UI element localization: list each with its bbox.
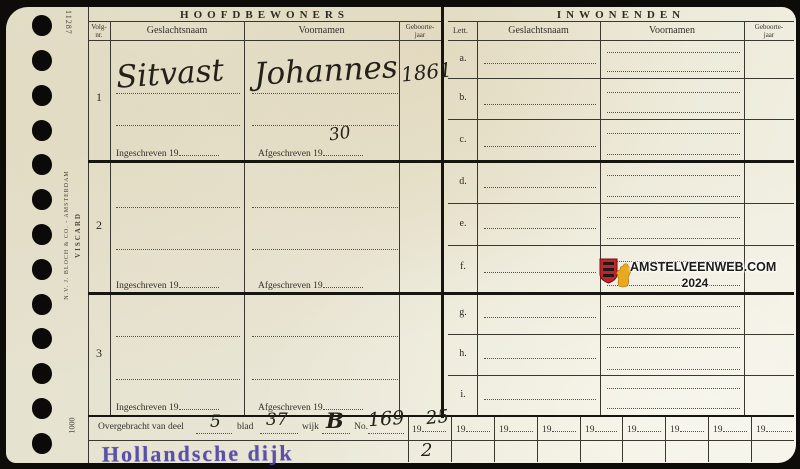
grid-line bbox=[448, 375, 794, 376]
dotted-leader bbox=[595, 422, 617, 432]
punch-hole bbox=[32, 120, 52, 141]
grid-line bbox=[494, 415, 495, 462]
ingeschreven-label: Ingeschreven 19 bbox=[116, 400, 219, 413]
card-brand-viscard: VISCARD bbox=[74, 150, 82, 320]
house-number-handwritten: 2 bbox=[421, 440, 432, 461]
grid-line bbox=[448, 119, 794, 120]
hoofdbewoners-title: HOOFDBEWONERS bbox=[88, 9, 441, 21]
row-number: 2 bbox=[88, 218, 110, 233]
dotted-writing-line bbox=[607, 175, 740, 176]
lett-row-label: i. bbox=[448, 389, 478, 400]
dotted-leader bbox=[323, 278, 363, 288]
dotted-leader bbox=[179, 400, 219, 410]
punch-hole bbox=[32, 328, 52, 349]
grid-line bbox=[448, 78, 794, 79]
dotted-writing-line bbox=[116, 379, 240, 380]
amstelveen-coat-of-arms bbox=[599, 258, 633, 291]
dotted-writing-line bbox=[484, 358, 596, 359]
dotted-writing-line bbox=[116, 207, 240, 208]
grid-line bbox=[88, 40, 441, 41]
dotted-leader bbox=[323, 146, 363, 156]
dotted-writing-line bbox=[484, 317, 596, 318]
year-cell: 19 bbox=[713, 422, 747, 435]
grid-line bbox=[110, 21, 111, 415]
dotted-writing-line bbox=[607, 217, 740, 218]
watermark-year-text: 2024 bbox=[630, 276, 760, 290]
year-cell-text: 19 bbox=[670, 425, 680, 435]
dotted-writing-line bbox=[607, 408, 740, 409]
column-header-voornamen: Voornamen bbox=[244, 25, 399, 36]
grid-line bbox=[537, 415, 538, 462]
dotted-writing-line bbox=[116, 336, 240, 337]
surname-handwritten: Sitvast bbox=[115, 52, 225, 95]
year-cell: 19 bbox=[585, 422, 617, 435]
column-header-geboortejaar: Geboorte- jaar bbox=[399, 23, 441, 39]
grid-line bbox=[622, 415, 623, 462]
grid-line bbox=[448, 40, 794, 41]
dotted-writing-line bbox=[484, 187, 596, 188]
dotted-writing-line bbox=[484, 63, 596, 64]
punch-hole bbox=[32, 398, 52, 419]
column-header-geboortejaar-line1: Geboorte- bbox=[744, 23, 794, 31]
dotted-leader bbox=[179, 146, 219, 156]
watermark-site-text: AMSTELVEENWEB.COM bbox=[630, 260, 776, 274]
dotted-writing-line bbox=[607, 52, 740, 53]
dotted-writing-line bbox=[252, 93, 398, 94]
year-cell-text: 19 bbox=[713, 425, 723, 435]
section-divider-line bbox=[88, 292, 794, 295]
column-header-geslachtsnaam: Geslachtsnaam bbox=[110, 25, 244, 36]
column-header-geboortejaar: Geboorte- jaar bbox=[744, 23, 794, 39]
column-header-volgnr-line1: Volg- bbox=[88, 23, 110, 31]
dotted-writing-line bbox=[607, 71, 740, 72]
card-serial-top: 11287 bbox=[64, 10, 73, 35]
dotted-writing-line bbox=[484, 104, 596, 105]
grid-line bbox=[708, 415, 709, 462]
year-cell: 19 bbox=[756, 422, 792, 435]
punch-hole bbox=[32, 433, 52, 454]
dotted-leader bbox=[368, 433, 404, 434]
grid-line bbox=[88, 21, 441, 22]
dotted-writing-line bbox=[607, 196, 740, 197]
year-cell-text: 19 bbox=[542, 425, 552, 435]
dotted-writing-line bbox=[607, 369, 740, 370]
year-value-handwritten: 25 bbox=[425, 406, 450, 429]
inwonenden-title: INWONENDEN bbox=[448, 9, 794, 21]
column-header-geslachtsnaam: Geslachtsnaam bbox=[477, 25, 600, 36]
column-header-lett: Lett. bbox=[444, 26, 477, 35]
lett-row-label: b. bbox=[448, 92, 478, 103]
dotted-writing-line bbox=[607, 328, 740, 329]
lett-row-label: d. bbox=[448, 176, 478, 187]
dotted-leader bbox=[509, 422, 533, 432]
dotted-writing-line bbox=[484, 399, 596, 400]
dotted-leader bbox=[680, 422, 704, 432]
grid-line bbox=[600, 21, 601, 415]
punch-hole bbox=[32, 189, 52, 210]
grid-line bbox=[665, 415, 666, 462]
card-printer-imprint: N.V. J. BLOCH & CO. - AMSTERDAM bbox=[64, 150, 70, 320]
section-divider-line bbox=[88, 160, 794, 163]
lett-row-label: h. bbox=[448, 348, 478, 359]
grid-line bbox=[448, 21, 794, 22]
punch-hole bbox=[32, 85, 52, 106]
lett-row-label: e. bbox=[448, 218, 478, 229]
column-header-geboortejaar-line2: jaar bbox=[399, 31, 441, 39]
dotted-leader bbox=[260, 433, 298, 434]
dotted-writing-line bbox=[252, 207, 398, 208]
ingeschreven-text: Ingeschreven 19 bbox=[116, 149, 179, 159]
dotted-writing-line bbox=[252, 125, 398, 126]
punch-hole bbox=[32, 154, 52, 175]
dotted-writing-line bbox=[484, 228, 596, 229]
ingeschreven-text: Ingeschreven 19 bbox=[116, 281, 179, 291]
deel-value-handwritten: 5 bbox=[210, 412, 221, 432]
grid-line bbox=[448, 334, 794, 335]
grid-line bbox=[88, 7, 89, 463]
dotted-writing-line bbox=[607, 306, 740, 307]
dotted-writing-line bbox=[607, 388, 740, 389]
punch-hole bbox=[32, 363, 52, 384]
dotted-leader bbox=[637, 422, 661, 432]
blad-label: blad bbox=[237, 422, 253, 432]
dotted-writing-line bbox=[252, 336, 398, 337]
punch-hole bbox=[32, 224, 52, 245]
afgeschreven-year-handwritten: 30 bbox=[328, 123, 352, 146]
ingeschreven-label: Ingeschreven 19 bbox=[116, 146, 219, 159]
year-prefix-text: 19 bbox=[412, 425, 422, 435]
dotted-leader bbox=[322, 433, 350, 434]
grid-line bbox=[408, 415, 409, 462]
year-cell-text: 19 bbox=[756, 425, 766, 435]
grid-line bbox=[451, 415, 452, 462]
column-header-geboortejaar-line1: Geboorte- bbox=[399, 23, 441, 31]
year-cell-text: 19 bbox=[585, 425, 595, 435]
wijk-value-handwritten: B bbox=[326, 408, 344, 433]
dotted-writing-line bbox=[607, 92, 740, 93]
row-number: 1 bbox=[88, 90, 110, 105]
column-header-geboortejaar-line2: jaar bbox=[744, 31, 794, 39]
dotted-writing-line bbox=[607, 154, 740, 155]
address-stamp: Hollandsche dijk bbox=[102, 440, 294, 467]
wijk-label: wijk bbox=[302, 422, 319, 432]
no-label: No. bbox=[354, 422, 368, 432]
dotted-writing-line bbox=[607, 238, 740, 239]
afgeschreven-text: Afgeschreven 19 bbox=[258, 149, 323, 159]
scanned-register-card-page: 11287 VISCARD N.V. J. BLOCH & CO. - AMST… bbox=[0, 0, 800, 469]
dotted-writing-line bbox=[116, 249, 240, 250]
afgeschreven-label: Afgeschreven 19 bbox=[258, 146, 363, 159]
grid-line bbox=[744, 21, 745, 415]
row-number: 3 bbox=[88, 346, 110, 361]
dotted-leader bbox=[723, 422, 747, 432]
year-cell-text: 19 bbox=[456, 425, 466, 435]
firstname-handwritten: Johannes bbox=[253, 49, 398, 92]
dotted-leader bbox=[179, 278, 219, 288]
ingeschreven-label: Ingeschreven 19 bbox=[116, 278, 219, 291]
card-serial-bottom: 1000 bbox=[68, 396, 77, 456]
dotted-writing-line bbox=[607, 112, 740, 113]
dotted-leader bbox=[196, 433, 232, 434]
dotted-writing-line bbox=[607, 133, 740, 134]
punch-hole bbox=[32, 259, 52, 280]
column-header-volgnr-line2: nr. bbox=[88, 31, 110, 39]
dotted-writing-line bbox=[484, 272, 596, 273]
dotted-leader bbox=[552, 422, 576, 432]
lett-row-label: g. bbox=[448, 307, 478, 318]
column-header-volgnr: Volg- nr. bbox=[88, 23, 110, 39]
afgeschreven-text: Afgeschreven 19 bbox=[258, 281, 323, 291]
lett-row-label: c. bbox=[448, 134, 478, 145]
lett-row-label: f. bbox=[448, 261, 478, 272]
punch-hole bbox=[32, 294, 52, 315]
year-cell: 19 bbox=[627, 422, 661, 435]
grid-line bbox=[580, 415, 581, 462]
no-value-handwritten: 169 bbox=[367, 407, 405, 431]
year-cell: 19 bbox=[456, 422, 490, 435]
blad-value-handwritten: 37 bbox=[266, 410, 288, 430]
dotted-writing-line bbox=[607, 347, 740, 348]
year-cell: 19 bbox=[542, 422, 576, 435]
punch-hole bbox=[32, 15, 52, 36]
ingeschreven-text: Ingeschreven 19 bbox=[116, 403, 179, 413]
afgeschreven-label: Afgeschreven 19 bbox=[258, 278, 363, 291]
dotted-writing-line bbox=[484, 146, 596, 147]
dotted-writing-line bbox=[252, 249, 398, 250]
year-cell-text: 19 bbox=[627, 425, 637, 435]
year-cell: 19 bbox=[499, 422, 533, 435]
grid-line bbox=[448, 245, 794, 246]
year-cell-text: 19 bbox=[499, 425, 509, 435]
punch-hole bbox=[32, 50, 52, 71]
grid-line bbox=[448, 203, 794, 204]
grid-line bbox=[244, 21, 245, 415]
dotted-writing-line bbox=[116, 125, 240, 126]
column-header-voornamen: Voornamen bbox=[600, 25, 744, 36]
dotted-writing-line bbox=[252, 379, 398, 380]
overgebracht-label: Overgebracht van deel bbox=[98, 422, 184, 432]
dotted-leader bbox=[766, 422, 792, 432]
grid-line bbox=[751, 415, 752, 462]
dotted-leader bbox=[466, 422, 490, 432]
grid-line bbox=[399, 21, 400, 415]
year-cell: 19 bbox=[670, 422, 704, 435]
lett-row-label: a. bbox=[448, 53, 478, 64]
